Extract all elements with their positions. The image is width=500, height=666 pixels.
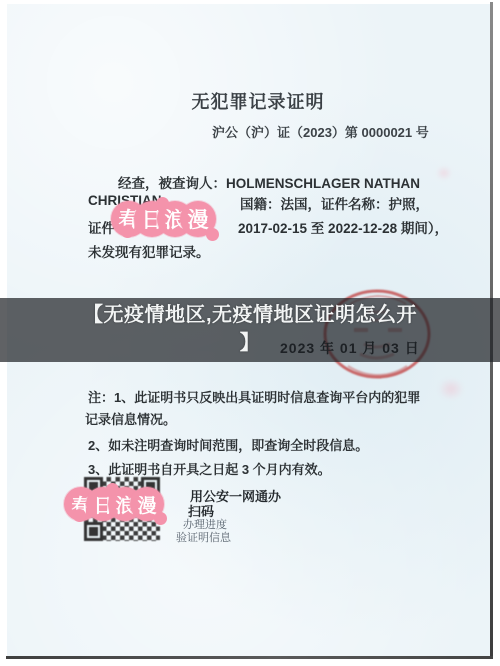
photo-frame: 无犯罪记录证明 沪公（沪）证（2023）第 0000021 号 经查，被查询人：… [0,0,500,666]
watermark-badge-top: 春 日 浪 漫 [124,201,216,237]
pink-smudge [438,378,464,400]
body-line-3-right: 2017-02-15 至 2022-12-28 期间）， [238,217,448,237]
body-line-4: 未发现有犯罪记录。 [88,241,210,261]
notes-line-4: 3、此证明书自开具之日起 3 个月内有效。 [88,459,331,478]
body-line-1: 经查，被查询人：HOLMENSCHLAGER NATHAN [118,172,420,192]
body-line-2-right: 国籍：法国，证件名称：护照， [240,193,429,213]
overlay-caption-line-1: 【无疫情地区,无疫情地区证明怎么开 [0,301,500,329]
overlay-caption-line-2: 】 [0,329,500,357]
paper-edge-bottom [6,656,493,659]
watermark-badge-bottom: 春 日 浪 漫 [76,487,164,521]
qr-marker-icon [84,522,103,541]
badge-bump [206,228,219,241]
qr-caption-line-4: 验证明信息 [176,529,231,545]
badge-bump [154,512,167,525]
badge-bump [73,509,86,522]
pink-smudge [436,166,452,180]
doc-number: 沪公（沪）证（2023）第 0000021 号 [212,122,429,141]
notes-line-1: 注：1、此证明书只反映出具证明时信息查询平台内的犯罪 [88,387,420,406]
badge-bump [121,225,134,238]
notes-line-3: 2、如未注明查询时间范围，即查询全时段信息。 [88,435,368,454]
notes-line-2: 记录信息情况。 [85,409,176,428]
certificate-title: 无犯罪记录证明 [18,88,498,114]
badge-bump [106,483,119,496]
badge-bump [156,197,169,210]
overlay-caption: 【无疫情地区,无疫情地区证明怎么开 】 [0,301,500,357]
